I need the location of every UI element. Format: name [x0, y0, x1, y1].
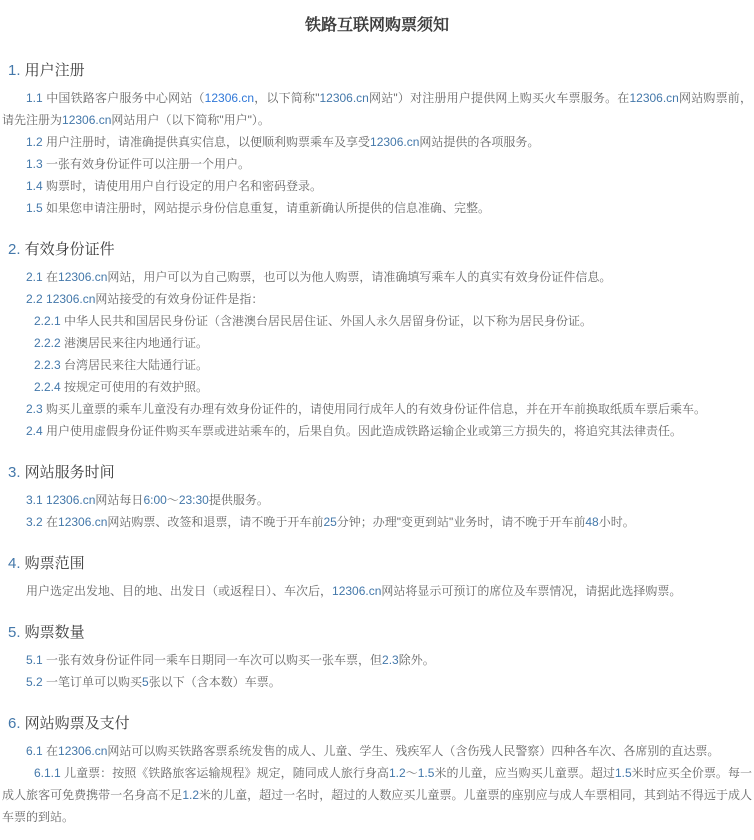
numeric-text: 1. — [8, 62, 21, 79]
numeric-text: 6. — [8, 715, 21, 732]
notice-section: 3. 网站服务时间3.1 12306.cn网站每日6:00～23:30提供服务。… — [2, 462, 752, 533]
notice-paragraph: 1.5 如果您申请注册时，网站提示身份信息重复，请重新确认所提供的信息准确、完整… — [2, 197, 752, 219]
numeric-text: 12306.cn — [370, 135, 419, 149]
section-heading: 2. 有效身份证件 — [2, 239, 752, 261]
notice-section: 4. 购票范围用户选定出发地、目的地、出发日（或返程日）、车次后，12306.c… — [2, 553, 752, 602]
numeric-text: 2. — [8, 241, 21, 258]
numeric-text: 6:00 — [143, 493, 166, 507]
numeric-text: 12306.cn — [46, 292, 95, 306]
notice-paragraph: 3.1 12306.cn网站每日6:00～23:30提供服务。 — [2, 489, 752, 511]
notice-paragraph: 2.2.4 按规定可使用的有效护照。 — [2, 376, 752, 398]
numeric-text: 2.2 — [26, 292, 43, 306]
notice-paragraph: 2.2 12306.cn网站接受的有效身份证件是指： — [2, 288, 752, 310]
numeric-text: 12306.cn — [58, 515, 107, 529]
section-heading: 6. 网站购票及支付 — [2, 713, 752, 735]
notice-paragraph: 2.3 购买儿童票的乘车儿童没有办理有效身份证件的，请使用同行成年人的有效身份证… — [2, 398, 752, 420]
numeric-text: 48 — [585, 515, 598, 529]
notice-paragraph: 2.4 用户使用虚假身份证件购买车票或进站乘车的，后果自负。因此造成铁路运输企业… — [2, 420, 752, 442]
numeric-text: 2.1 — [26, 270, 43, 284]
numeric-text: 12306.cn — [46, 493, 95, 507]
numeric-text: 1.5 — [418, 766, 435, 780]
numeric-text: 1.4 — [26, 179, 43, 193]
numeric-text: 2.2.2 — [34, 336, 61, 350]
numeric-text: 1.5 — [26, 201, 43, 215]
numeric-text: 1.2 — [26, 135, 43, 149]
numeric-text: 2.2.1 — [34, 314, 61, 328]
notice-paragraph: 1.4 购票时，请使用用户自行设定的用户名和密码登录。 — [2, 175, 752, 197]
sections-container: 1. 用户注册1.1 中国铁路客户服务中心网站（12306.cn，以下简称"12… — [2, 60, 752, 828]
notice-section: 5. 购票数量5.1 一张有效身份证件同一乘车日期同一车次可以购买一张车票，但2… — [2, 622, 752, 693]
numeric-text: 1.2 — [182, 788, 199, 802]
notice-paragraph: 2.1 在12306.cn网站，用户可以为自己购票，也可以为他人购票，请准确填写… — [2, 266, 752, 288]
notice-page: 铁路互联网购票须知 1. 用户注册1.1 中国铁路客户服务中心网站（12306.… — [0, 0, 754, 840]
notice-paragraph: 5.1 一张有效身份证件同一乘车日期同一车次可以购买一张车票，但2.3除外。 — [2, 649, 752, 671]
notice-section: 1. 用户注册1.1 中国铁路客户服务中心网站（12306.cn，以下简称"12… — [2, 60, 752, 219]
section-heading: 1. 用户注册 — [2, 60, 752, 82]
notice-paragraph: 1.2 用户注册时，请准确提供真实信息，以便顺利购票乘车及享受12306.cn网… — [2, 131, 752, 153]
numeric-text: 6.1 — [26, 744, 43, 758]
numeric-text: 23:30 — [179, 493, 209, 507]
notice-paragraph: 用户选定出发地、目的地、出发日（或返程日）、车次后，12306.cn网站将显示可… — [2, 580, 752, 602]
numeric-text: 5.1 — [26, 653, 43, 667]
numeric-text: 3.2 — [26, 515, 43, 529]
numeric-text: 1.1 — [26, 91, 43, 105]
notice-paragraph: 6.1 在12306.cn网站可以购买铁路客票系统发售的成人、儿童、学生、残疾军… — [2, 740, 752, 762]
numeric-text: 2.3 — [382, 653, 399, 667]
numeric-text: 12306.cn — [332, 584, 381, 598]
numeric-text: 12306.cn — [319, 91, 368, 105]
notice-paragraph: 5.2 一笔订单可以购买5张以下（含本数）车票。 — [2, 671, 752, 693]
notice-paragraph: 2.2.3 台湾居民来往大陆通行证。 — [2, 354, 752, 376]
section-heading: 5. 购票数量 — [2, 622, 752, 644]
notice-paragraph: 2.2.2 港澳居民来往内地通行证。 — [2, 332, 752, 354]
numeric-text: 12306.cn — [58, 744, 107, 758]
numeric-text: 1.2 — [389, 766, 406, 780]
numeric-text: 25 — [323, 515, 336, 529]
numeric-text: 6.1.1 — [34, 766, 61, 780]
numeric-text: 5. — [8, 624, 21, 641]
page-title: 铁路互联网购票须知 — [2, 14, 752, 38]
notice-section: 2. 有效身份证件2.1 在12306.cn网站，用户可以为自己购票，也可以为他… — [2, 239, 752, 442]
numeric-text: 5 — [142, 675, 149, 689]
notice-paragraph: 3.2 在12306.cn网站购票、改签和退票，请不晚于开车前25分钟；办理"变… — [2, 511, 752, 533]
section-heading: 4. 购票范围 — [2, 553, 752, 575]
numeric-text: 2.2.4 — [34, 380, 61, 394]
numeric-text: 5.2 — [26, 675, 43, 689]
12306-link[interactable]: 12306.cn — [205, 91, 254, 105]
numeric-text: 2.3 — [26, 402, 43, 416]
numeric-text: 2.4 — [26, 424, 43, 438]
numeric-text: 12306.cn — [62, 113, 111, 127]
numeric-text: 3. — [8, 464, 21, 481]
numeric-text: 1.5 — [615, 766, 632, 780]
notice-paragraph: 1.3 一张有效身份证件可以注册一个用户。 — [2, 153, 752, 175]
notice-paragraph: 6.1.1 儿童票：按照《铁路旅客运输规程》规定，随同成人旅行身高1.2～1.5… — [2, 762, 752, 828]
numeric-text: 1.3 — [26, 157, 43, 171]
numeric-text: 2.2.3 — [34, 358, 61, 372]
numeric-text: 12306.cn — [58, 270, 107, 284]
notice-section: 6. 网站购票及支付6.1 在12306.cn网站可以购买铁路客票系统发售的成人… — [2, 713, 752, 828]
section-heading: 3. 网站服务时间 — [2, 462, 752, 484]
numeric-text: 4. — [8, 555, 21, 572]
numeric-text: 3.1 — [26, 493, 43, 507]
numeric-text: 12306.cn — [629, 91, 678, 105]
notice-paragraph: 2.2.1 中华人民共和国居民身份证（含港澳台居民居住证、外国人永久居留身份证，… — [2, 310, 752, 332]
notice-paragraph: 1.1 中国铁路客户服务中心网站（12306.cn，以下简称"12306.cn网… — [2, 87, 752, 131]
